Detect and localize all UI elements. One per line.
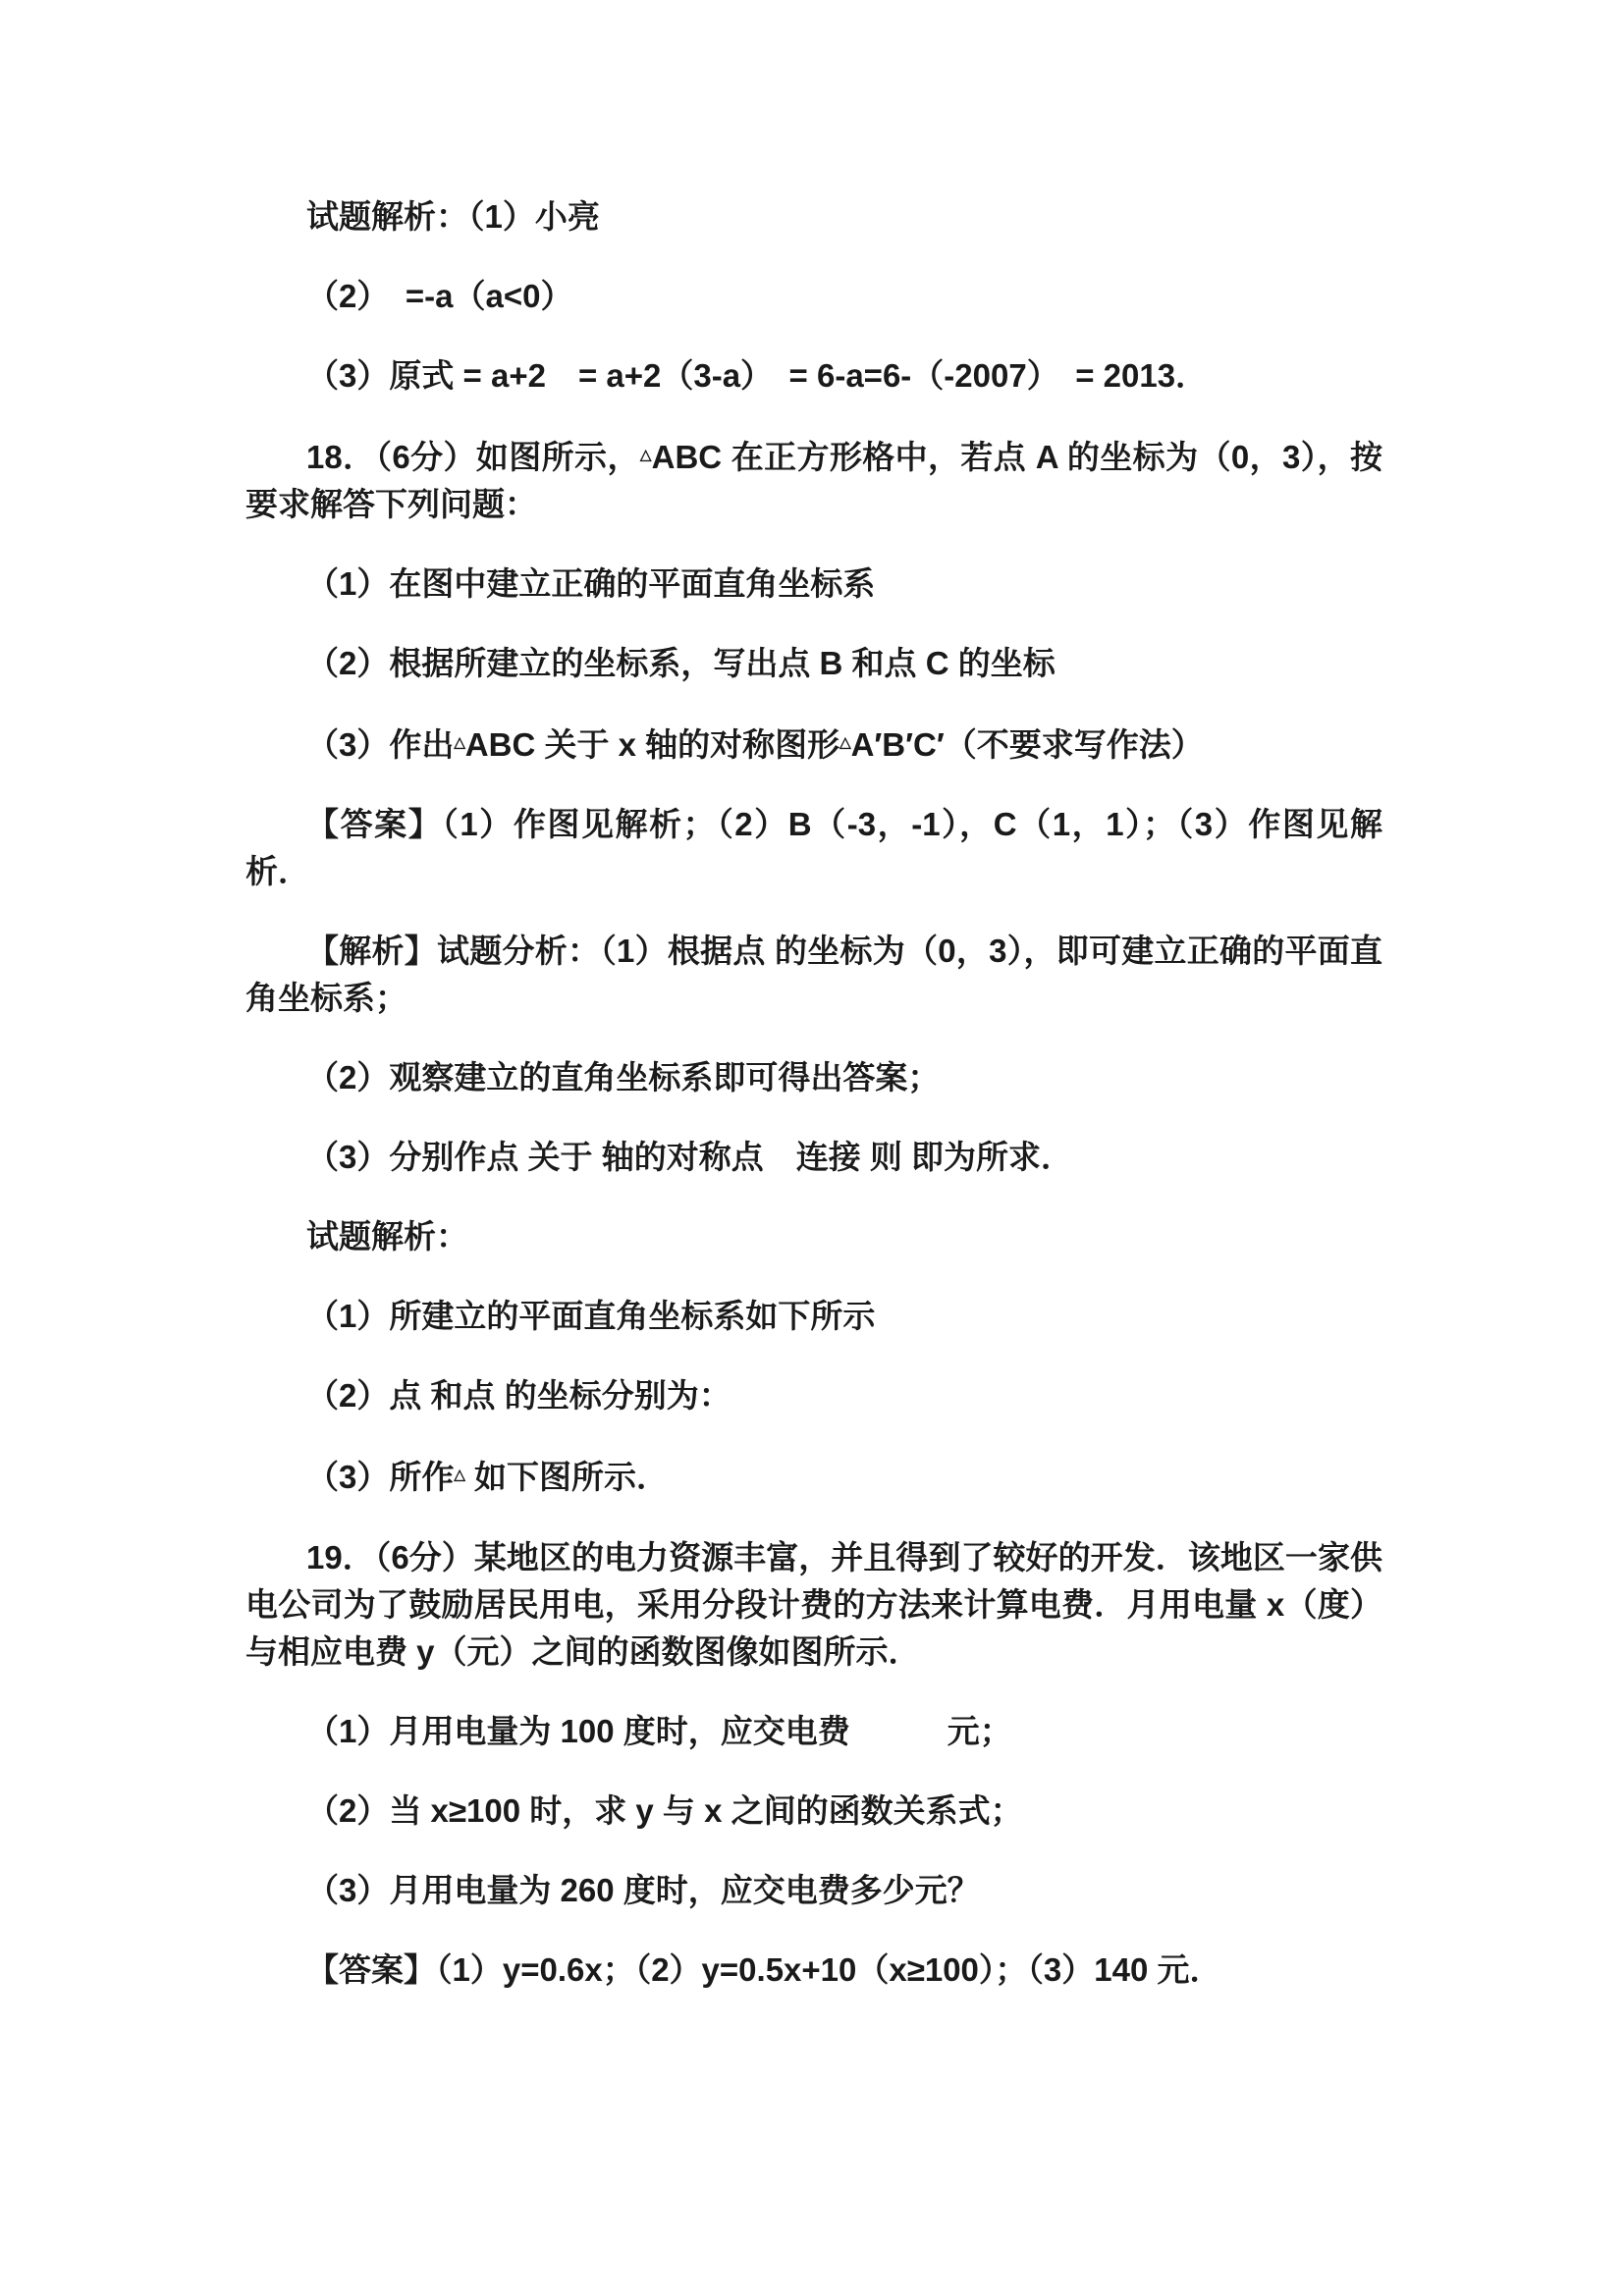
para-q18-part3: （3）作出△ABC 关于 x 轴的对称图形△A′B′C′（不要求写作法） — [245, 720, 1382, 769]
para-q18-solution-3: （3）所作△ 如下图所示． — [245, 1452, 1382, 1501]
triangle-symbol: △ — [454, 1468, 464, 1483]
document-content: 试题解析：（1）小亮 （2） =-a（a<0） （3）原式 = a+2 = a+… — [245, 193, 1382, 2026]
text-run: ABC 关于 x 轴的对称图形 — [465, 726, 839, 763]
para-q18-solution-1: （1）所建立的平面直角坐标系如下所示 — [245, 1293, 1382, 1340]
triangle-symbol: △ — [839, 735, 850, 751]
para-q18-analysis-3: （3）分别作点 关于 轴的对称点 连接 则 即为所求． — [245, 1134, 1382, 1181]
text-run: 如下图所示． — [465, 1460, 669, 1496]
para-q19-part2: （2）当 x≥100 时，求 y 与 x 之间的函数关系式； — [245, 1788, 1382, 1835]
para-q18-solution-head: 试题解析： — [245, 1213, 1382, 1260]
text-run: （3）作出 — [306, 726, 454, 763]
para-analysis-intro: 试题解析：（1）小亮 — [245, 193, 1382, 240]
text-run: 18．（6分）如图所示， — [306, 439, 640, 475]
para-q19-part3: （3）月用电量为 260 度时，应交电费多少元？ — [245, 1867, 1382, 1914]
text-run: A′B′C′（不要求写作法） — [851, 726, 1204, 763]
para-q18-analysis-2: （2）观察建立的直角坐标系即可得出答案； — [245, 1054, 1382, 1101]
document-page: 试题解析：（1）小亮 （2） =-a（a<0） （3）原式 = a+2 = a+… — [0, 0, 1624, 2296]
para-q18-stem: 18．（6分）如图所示，△ABC 在正方形格中，若点 A 的坐标为（0，3），按… — [245, 432, 1382, 528]
para-q19-answer: 【答案】（1）y=0.6x；（2）y=0.5x+10（x≥100）；（3）140… — [245, 1947, 1382, 1994]
para-answer-part2: （2） =-a（a<0） — [245, 273, 1382, 320]
triangle-symbol: △ — [640, 448, 652, 463]
triangle-symbol: △ — [454, 735, 464, 751]
para-q19-stem: 19．（6分）某地区的电力资源丰富，并且得到了较好的开发．该地区一家供电公司为了… — [245, 1534, 1382, 1676]
para-q19-part1: （1）月用电量为 100 度时，应交电费 元； — [245, 1708, 1382, 1755]
para-q18-answer: 【答案】（1）作图见解析；（2）B（-3，-1），C（1，1）；（3）作图见解析… — [245, 801, 1382, 895]
para-q18-part1: （1）在图中建立正确的平面直角坐标系 — [245, 561, 1382, 608]
para-q18-solution-2: （2）点 和点 的坐标分别为： — [245, 1372, 1382, 1419]
para-answer-part3: （3）原式 = a+2 = a+2（3-a） = 6-a=6-（-2007） =… — [245, 352, 1382, 400]
para-q18-part2: （2）根据所建立的坐标系，写出点 B 和点 C 的坐标 — [245, 640, 1382, 687]
text-run: （3）所作 — [306, 1460, 454, 1496]
para-q18-analysis-1: 【解析】试题分析：（1）根据点 的坐标为（0，3），即可建立正确的平面直角坐标系… — [245, 928, 1382, 1022]
